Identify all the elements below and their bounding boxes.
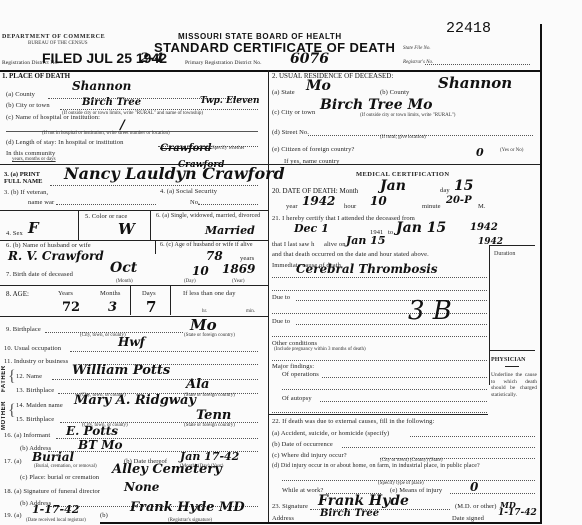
major-findings-label: Major findings: (272, 363, 314, 370)
birth-date-label: 7. Birth date of deceased (6, 271, 73, 278)
veteran-sub: name war (28, 199, 54, 206)
center-divider (268, 70, 269, 524)
age-less-label: If less than one day (183, 290, 236, 297)
mother-maiden-value: Mary A. Ridgway (74, 393, 196, 408)
residence-street-note: (If rural, give location) (380, 135, 426, 140)
filed-suffix: 2-4 (140, 51, 164, 66)
birthplace-sub2: (State or foreign country) (184, 333, 235, 338)
occupation-label: 10. Usual occupation (4, 345, 61, 352)
death-day-label: day (440, 187, 450, 194)
birthplace-value: Mo (190, 316, 217, 334)
burial-sub: (Burial, cremation, or removal) (34, 464, 97, 469)
death-day-value: 15 (454, 178, 473, 194)
means-value: 0 (470, 480, 478, 494)
birth-day-value: 10 (192, 264, 209, 278)
occurred-label: and that death occurred on the date and … (272, 251, 429, 258)
immediate-cause-value: Cerebral Thrombosis (296, 262, 438, 276)
residence-county-label: (b) County (380, 89, 409, 96)
attended-to-label: to (388, 229, 393, 236)
spouse-label: 6. (b) Name of husband or wife (6, 242, 91, 249)
injury-place-sub: (Specify type of place) (378, 481, 424, 486)
birth-year-value: 1869 (222, 262, 255, 276)
father-name-value: William Potts (72, 363, 170, 378)
birth-month-sub: (Month) (116, 279, 133, 284)
residence-heading: 2. USUAL RESIDENCE OF DECEASED: (272, 72, 393, 80)
physician-sig-label: 23. Signature (272, 503, 308, 510)
attended-from-value: Dec 1 (294, 222, 329, 235)
informant-label: 16. (a) Informant (4, 432, 50, 439)
age-years-label: Years (58, 290, 73, 297)
attended-to-year: 1942 (470, 222, 498, 233)
informant-address-value: BT Mo (78, 438, 123, 452)
age-days-label: Days (142, 290, 156, 297)
scan-border-right (540, 24, 542, 524)
spouse-age-label: 6. (c) Age of husband or wife if alive (160, 242, 253, 248)
stay-label: (d) Length of stay: In hospital or insti… (6, 139, 123, 146)
injury-where-label: (c) Where did injury occur? (272, 452, 347, 459)
last-saw-label: that I last saw h (272, 241, 315, 248)
color-label: 5. Color or race (85, 213, 127, 220)
physician-note: Underline the cause to which death shoul… (491, 372, 537, 398)
father-birthplace-value: Ala (186, 377, 209, 392)
stay-note: Specify whether (212, 146, 245, 151)
burial-label: 17. (a) (4, 458, 22, 465)
due-to-1-label: Due to (272, 294, 290, 301)
birth-year-sub: (Year) (232, 279, 245, 284)
primary-district-value: 6076 (290, 51, 329, 67)
dept-line2: BUREAU OF THE CENSUS (28, 41, 88, 46)
residence-street-label: (d) Street No. (272, 129, 309, 136)
community-sub: years, months or days (12, 157, 56, 162)
death-minute-value: 20-P (446, 195, 472, 206)
physician-address-value: Birch Tree (320, 508, 379, 519)
registrar-filed-label: 19. (a) (4, 512, 22, 519)
occupation-value: Hwf (118, 335, 145, 349)
certify-label: 21. I hereby certify that I attended the… (272, 215, 415, 222)
residence-state-value: Mo (306, 78, 331, 94)
death-certificate-scan: DEPARTMENT OF COMMERCE BUREAU OF THE CEN… (0, 0, 582, 525)
marital-value: Married (205, 224, 255, 237)
date-signed-value: 1-17-42 (498, 508, 537, 518)
registrar-filed-sub: (Date received local registrar) (26, 518, 86, 523)
operations-label: Of operations (282, 371, 319, 378)
name-label-1: 3. (a) PRINT (4, 171, 40, 178)
hr-label: hr. (202, 309, 207, 314)
external-heading: 22. If death was due to external causes,… (272, 418, 434, 425)
accident-label: (a) Accident, suicide, or homicide (spec… (272, 430, 389, 437)
registrar-sig-label: (b) (100, 512, 108, 519)
date-signed-label: Date signed (452, 515, 484, 522)
min-label: min. (246, 309, 255, 314)
hospital-note: (If not in hospital or institution, writ… (42, 131, 170, 136)
residence-city-value: Birch Tree Mo (320, 97, 432, 113)
director-label: 18. (a) Signature of funeral director (4, 488, 100, 495)
citizen-note: (Yes or No) (500, 148, 523, 153)
medical-heading: MEDICAL CERTIFICATION (356, 171, 449, 178)
age-months-value: 3 (108, 300, 117, 315)
name-label-2: FULL NAME (4, 178, 42, 185)
citizen-label: (e) Citizen of foreign country? (272, 146, 355, 153)
community-label: In this community (6, 150, 55, 157)
residence-state-label: (a) State (272, 89, 295, 96)
age-days-value: 7 (146, 298, 156, 316)
city-value: Birch Tree (82, 97, 141, 108)
birth-month-value: Oct (110, 260, 137, 276)
burial-place-label: (c) Place: burial or cremation (20, 474, 99, 481)
birth-day-sub: (Day) (184, 279, 196, 284)
meridiem: M. (478, 203, 486, 210)
occurrence-label: (b) Date of occurrence (272, 441, 333, 448)
color-value: W (118, 220, 135, 238)
age-months-label: Months (100, 290, 120, 297)
mother-side-label: MOTHER (1, 398, 7, 430)
physician-address-label: Address (272, 515, 294, 522)
state-file-number: 22418 (446, 20, 491, 37)
father-name-label: 12. Name (16, 373, 42, 380)
duration-label: Duration (494, 251, 515, 257)
other-conditions-label: Other conditions (272, 340, 317, 347)
residence-city-note: (If outside city or town limits, write "… (360, 113, 455, 118)
death-year-value: 1942 (302, 194, 335, 208)
other-conditions-sub: (Include pregnancy within 3 months of de… (274, 347, 366, 352)
death-month-value: Jan (380, 178, 406, 194)
county-value: Shannon (72, 79, 131, 93)
city-label: (b) City or town (6, 102, 50, 109)
mother-maiden-label: 14. Maiden name (16, 402, 63, 409)
age-label: 8. AGE: (6, 290, 29, 298)
alive-label: alive on (324, 241, 346, 248)
name-overwrite: Crawford (178, 160, 224, 170)
residence-city-label: (c) City or town (272, 109, 315, 116)
sex-label: 4. Sex (6, 230, 23, 237)
director-value: None (124, 480, 159, 494)
physician-signature: Frank Hyde (318, 493, 409, 509)
city-extra: Twp. Eleven (200, 96, 260, 106)
death-year-label: year (286, 203, 298, 210)
industry-label: 11. Industry or business (4, 358, 68, 365)
spouse-age-unit: years (240, 255, 254, 262)
attended-to-value: Jan 15 (396, 220, 446, 236)
father-birthplace-label: 13. Birthplace (16, 387, 54, 394)
social-security-label: 4. (a) Social Security (160, 188, 217, 195)
full-name-value: Nancy Lauldyn Crawford (64, 164, 285, 183)
community-value: Crawford (160, 143, 212, 154)
death-hour-label: hour (344, 203, 356, 210)
birthplace-label: 9. Birthplace (6, 326, 41, 333)
mother-state-sub: (State or foreign country) (184, 423, 235, 428)
spouse-age-value: 78 (206, 249, 223, 263)
registrar-filed-value: 1-17-42 (32, 503, 79, 516)
sex-value: F (28, 219, 39, 237)
physician-heading: PHYSICIAN (491, 357, 526, 363)
veteran-label: 3. (b) If veteran, (4, 189, 48, 196)
mother-birthplace-value: Tenn (196, 408, 231, 423)
due-to-2-label: Due to (272, 318, 290, 325)
autopsy-label: Of autopsy (282, 395, 312, 402)
registrar-signature: Frank Hyde MD (130, 500, 245, 515)
spouse-value: R. V. Crawford (8, 249, 104, 263)
dept-line1: DEPARTMENT OF COMMERCE (2, 34, 105, 40)
death-hour-value: 10 (370, 194, 387, 208)
age-years-value: 72 (62, 300, 80, 315)
residence-county-value: Shannon (438, 74, 512, 92)
state-file-label: State File No. (403, 46, 431, 51)
hospital-label: (c) Name of hospital or institution: (6, 114, 100, 121)
last-saw-value: Jan 15 (346, 234, 385, 247)
mother-birthplace-label: 15. Birthplace (16, 416, 54, 423)
primary-district-label: Primary Registration District No. (185, 60, 262, 66)
md-label: (M.D. or other) (455, 503, 497, 510)
informant-value: E. Potts (66, 424, 118, 438)
marital-label: 6. (a) Single, widowed, married, divorce… (156, 213, 260, 219)
burial-place-value: Alley Cemetery (112, 462, 222, 477)
place-of-death-heading: 1. PLACE OF DEATH (2, 72, 70, 80)
cause-annotation: 3 B (408, 296, 452, 326)
death-minute-label: minute (422, 203, 441, 210)
injury-place-label: (d) Did injury occur in or about home, o… (272, 463, 480, 469)
father-side-label: FATHER (1, 362, 7, 392)
county-label: (a) County (6, 91, 35, 98)
citizen-value: 0 (476, 146, 484, 159)
certificate-title: STANDARD CERTIFICATE OF DEATH (154, 40, 395, 55)
burial-value: Burial (32, 450, 74, 464)
